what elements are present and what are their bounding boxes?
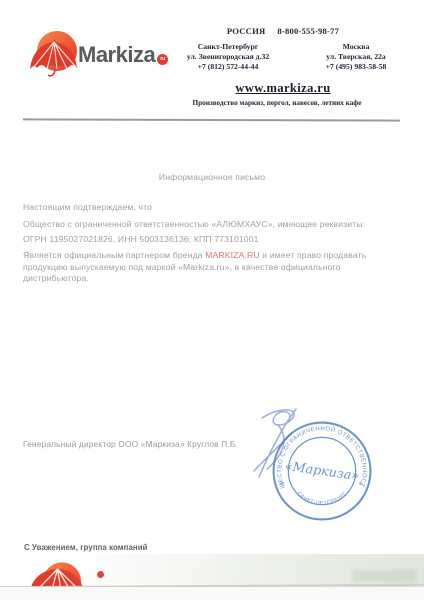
offices-row: Санкт-Петербург ул. Звенигородская д.32 … (158, 42, 408, 71)
director-signature-line: Генеральный директор ООО «Маркиза» Кругл… (23, 439, 238, 449)
brand-name-highlight: MARKIZA.RU (205, 250, 260, 260)
letter-requisites: ОГРН 1195027021826, ИНН 5003136136, КПП … (23, 234, 259, 244)
hotline-number: 8-800-555-98-77 (277, 26, 339, 36)
paragraph-text: Является официальным партнером бренда (23, 250, 205, 260)
scanned-letter: Markiza ru РОССИЯ8-800-555-98-77 Санкт-П… (0, 0, 424, 600)
office-address: ул. Звенигородская д.32 (158, 52, 298, 62)
country-label: РОССИЯ (227, 26, 266, 36)
office-spb: Санкт-Петербург ул. Звенигородская д.32 … (158, 42, 298, 71)
letter-title: Информационное письмо (0, 172, 424, 182)
letter-line-2: Общество с ограниченной ответственностью… (23, 219, 365, 229)
umbrella-sun-logo-icon (26, 28, 84, 82)
stamp-star-left-icon: ✳ (279, 480, 284, 487)
scan-smudge-artifact (352, 570, 416, 582)
closing-line: С Уважением, группа компаний (24, 543, 148, 552)
letter-paragraph: Является официальным партнером бренда MA… (23, 250, 407, 285)
header-contacts: РОССИЯ8-800-555-98-77 Санкт-Петербург ул… (158, 26, 408, 71)
office-city: Москва (304, 42, 408, 52)
stamp-star-right-icon: ✳ (358, 480, 363, 487)
website-link: www.markiza.ru (158, 81, 408, 96)
logo-wordmark: Markiza (78, 42, 155, 68)
office-moscow: Москва ул. Тверская, 22а +7 (495) 983-58… (304, 42, 408, 71)
office-phone: +7 (812) 572-44-44 (158, 62, 298, 72)
letter-line-1: Настоящим подтверждаем, что (23, 202, 152, 212)
stamp-center-text: «Маркиза» (284, 459, 360, 484)
office-city: Санкт-Петербург (158, 42, 298, 52)
company-stamp-seal: ОБЩЕСТВО С ОГРАНИЧЕННОЙ ОТВЕТСТВЕННОСТЬЮ… (271, 420, 373, 522)
header-divider (23, 118, 400, 121)
country-hotline: РОССИЯ8-800-555-98-77 (158, 26, 408, 36)
letter-page: Markiza ru РОССИЯ8-800-555-98-77 Санкт-П… (0, 0, 424, 586)
scanner-background (0, 587, 424, 600)
svg-text:САНКТ-ПЕТЕРБУРГ: САНКТ-ПЕТЕРБУРГ (296, 491, 349, 507)
stamp-bottom-text: САНКТ-ПЕТЕРБУРГ (296, 491, 349, 507)
company-tagline: Производство маркиз, пергол, навесов, ле… (130, 99, 424, 107)
office-address: ул. Тверская, 22а (304, 52, 408, 62)
company-logo: Markiza ru (26, 28, 168, 82)
office-phone: +7 (495) 983-58-58 (304, 62, 408, 72)
